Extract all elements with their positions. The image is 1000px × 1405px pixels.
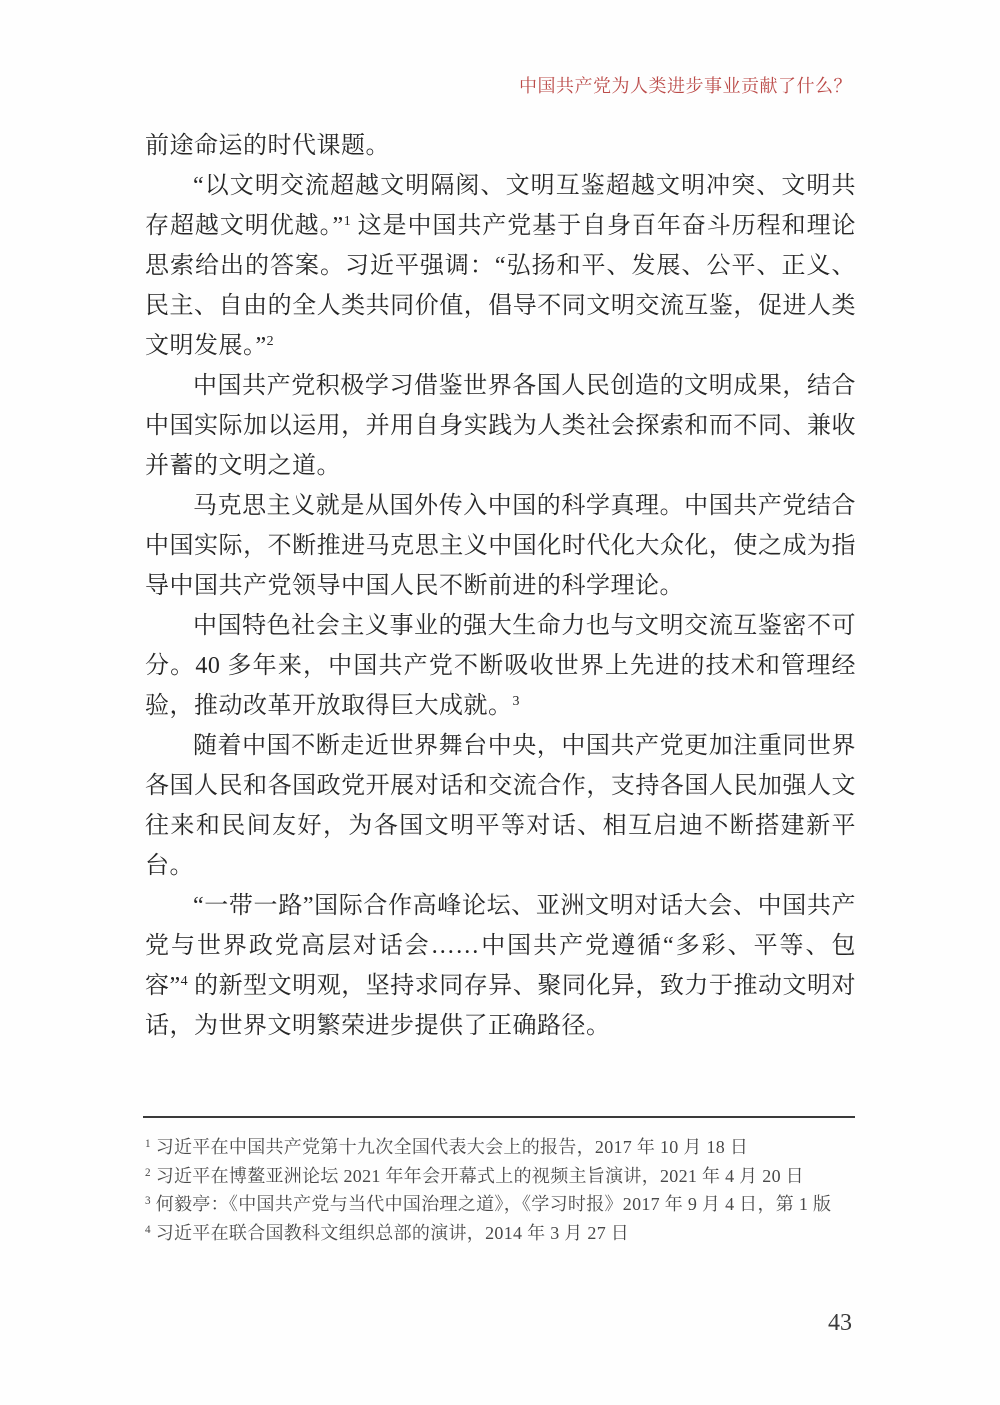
footnote-ref: 1: [344, 214, 351, 229]
footnote-item: 3 何毅亭：《中国共产党与当代中国治理之道》，《学习时报》2017 年 9 月 …: [145, 1190, 857, 1219]
footnote-separator-rule: [143, 1116, 855, 1118]
body-text-block: 前途命运的时代课题。“以文明交流超越文明隔阂、文明互鉴超越文明冲突、文明共存超越…: [145, 126, 856, 1046]
footnote-marker: 2: [145, 1167, 151, 1179]
footnote-marker: 1: [145, 1138, 151, 1150]
body-paragraph: 中国共产党积极学习借鉴世界各国人民创造的文明成果，结合中国实际加以运用，并用自身…: [145, 366, 856, 486]
book-page: 中国共产党为人类进步事业贡献了什么？ 前途命运的时代课题。“以文明交流超越文明隔…: [0, 0, 1000, 1405]
footnote-ref: 2: [267, 334, 274, 349]
footnote-item: 1 习近平在中国共产党第十九次全国代表大会上的报告，2017 年 10 月 18…: [145, 1133, 857, 1162]
running-header-title: 中国共产党为人类进步事业贡献了什么？: [519, 72, 852, 98]
footnote-marker: 3: [145, 1195, 151, 1207]
footnotes-block: 1 习近平在中国共产党第十九次全国代表大会上的报告，2017 年 10 月 18…: [145, 1133, 857, 1247]
body-paragraph: 随着中国不断走近世界舞台中央，中国共产党更加注重同世界各国人民和各国政党开展对话…: [145, 726, 856, 886]
body-paragraph: 前途命运的时代课题。: [145, 126, 856, 166]
body-paragraph: “一带一路”国际合作高峰论坛、亚洲文明对话大会、中国共产党与世界政党高层对话会……: [145, 886, 856, 1046]
body-paragraph: 马克思主义就是从国外传入中国的科学真理。中国共产党结合中国实际，不断推进马克思主…: [145, 486, 856, 606]
body-paragraph: “以文明交流超越文明隔阂、文明互鉴超越文明冲突、文明共存超越文明优越。”1 这是…: [145, 166, 856, 366]
footnote-marker: 4: [145, 1224, 151, 1236]
footnote-item: 4 习近平在联合国教科文组织总部的演讲，2014 年 3 月 27 日: [145, 1219, 857, 1248]
footnote-item: 2 习近平在博鳌亚洲论坛 2021 年年会开幕式上的视频主旨演讲，2021 年 …: [145, 1162, 857, 1191]
page-number: 43: [828, 1310, 852, 1337]
footnote-ref: 3: [513, 694, 520, 709]
body-paragraph: 中国特色社会主义事业的强大生命力也与文明交流互鉴密不可分。40 多年来，中国共产…: [145, 606, 856, 726]
footnote-ref: 4: [181, 974, 188, 989]
